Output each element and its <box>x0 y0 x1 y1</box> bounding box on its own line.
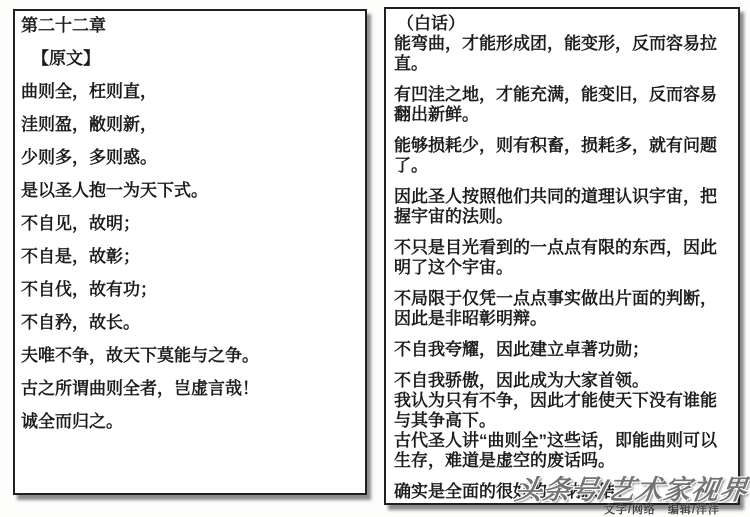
original-line: 诚全而归之。 <box>21 412 359 432</box>
original-line: 是以圣人抱一为天下式。 <box>21 181 359 201</box>
original-line: 夫唯不争，故天下莫能与之争。 <box>21 346 359 366</box>
original-line: 不自见，故明； <box>21 214 359 234</box>
original-line: 古之所谓曲则全者，岂虚言哉！ <box>21 379 359 399</box>
vernacular-paragraph: 不自我夸耀，因此建立卓著功勋； <box>394 340 730 360</box>
vernacular-paragraph: 不只是目光看到的一点点有限的东西，因此明了这个宇宙。 <box>394 238 730 278</box>
vernacular-paragraph: 不局限于仅凭一点点事实做出片面的判断，因此是非昭彰明辩。 <box>394 289 730 329</box>
vernacular-paragraph: 因此圣人按照他们共同的道理认识宇宙，把握宇宙的法则。 <box>394 187 730 227</box>
original-line: 不自矜，故长。 <box>21 313 359 333</box>
original-line: 不自是，故彰； <box>21 247 359 267</box>
vernacular-paragraph: 确实是全面的很好的归纳总结。 <box>394 482 730 502</box>
vernacular-paragraph: 能够损耗少，则有积畜，损耗多，就有问题了。 <box>394 136 730 176</box>
original-line: 曲则全，枉则直， <box>21 82 359 102</box>
original-text-panel: 第二十二章 【原文】 曲则全，枉则直， 洼则盈，敝则新， 少则多，多则惑。 是以… <box>13 9 367 495</box>
document-page: 第二十二章 【原文】 曲则全，枉则直， 洼则盈，敝则新， 少则多，多则惑。 是以… <box>0 0 750 517</box>
vernacular-paragraph: 不自我骄傲，因此成为大家首领。 我认为只有不争，因此才能使天下没有谁能与其争高下… <box>394 371 730 471</box>
vernacular-panel: （白话） 能弯曲，才能形成团，能变形，反而容易拉直。 有凹洼之地，才能充满，能变… <box>384 7 740 505</box>
vernacular-paragraph: 能弯曲，才能形成团，能变形，反而容易拉直。 <box>394 34 730 74</box>
original-line: 少则多，多则惑。 <box>21 148 359 168</box>
original-line: 洼则盈，敝则新， <box>21 115 359 135</box>
vernacular-label: （白话） <box>397 14 730 34</box>
watermark-credits: 文字/网络 编辑/洋洋 <box>515 504 720 517</box>
section-label: 【原文】 <box>32 49 359 69</box>
original-line: 不自伐，故有功； <box>21 280 359 300</box>
vernacular-paragraph: 有凹洼之地，才能充满，能变旧，反而容易翻出新鲜。 <box>394 85 730 125</box>
chapter-title: 第二十二章 <box>21 16 359 36</box>
